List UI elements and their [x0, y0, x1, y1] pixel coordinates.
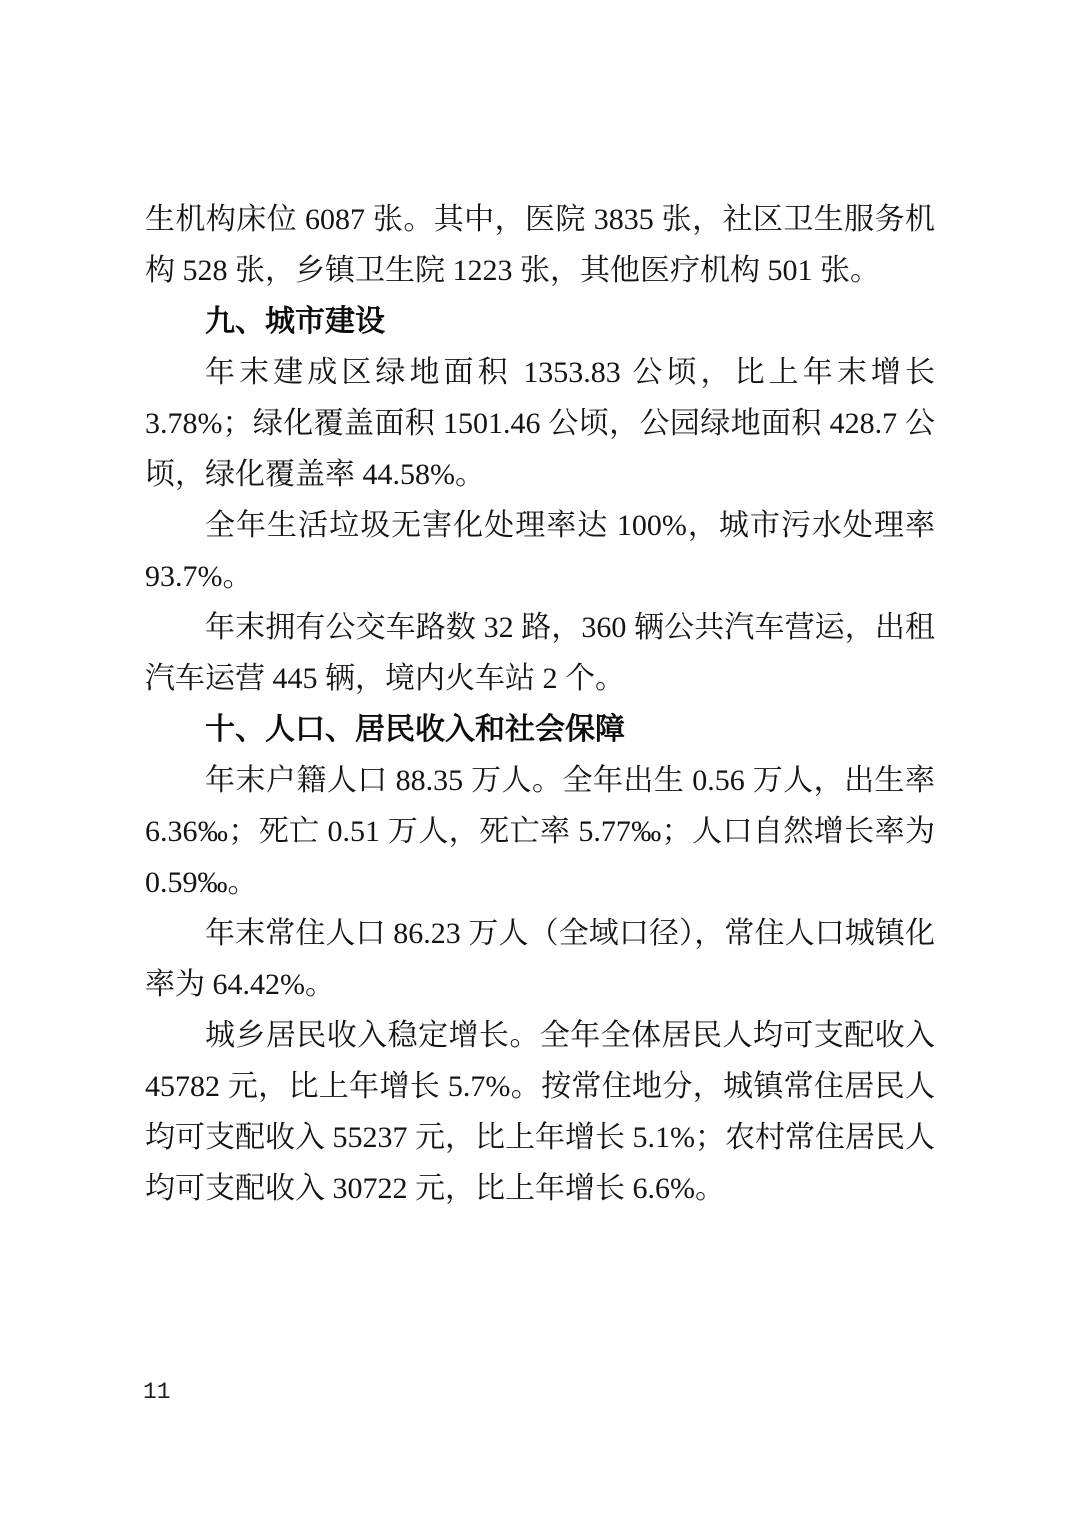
paragraph-waste-and-sewage-treatment: 全年生活垃圾无害化处理率达 100%，城市污水处理率 93.7%。: [145, 500, 935, 602]
paragraph-resident-income: 城乡居民收入稳定增长。全年全体居民人均可支配收入 45782 元，比上年增长 5…: [145, 1010, 935, 1214]
document-page: 生机构床位 6087 张。其中，医院 3835 张，社区卫生服务机构 528 张…: [0, 0, 1074, 1520]
paragraph-public-transport: 年末拥有公交车路数 32 路，360 辆公共汽车营运，出租汽车运营 445 辆，…: [145, 602, 935, 704]
paragraph-registered-population: 年末户籍人口 88.35 万人。全年出生 0.56 万人，出生率 6.36‰；死…: [145, 755, 935, 908]
paragraph-resident-population-urbanization: 年末常住人口 86.23 万人（全域口径），常住人口城镇化率为 64.42%。: [145, 908, 935, 1010]
paragraph-green-space-area: 年末建成区绿地面积 1353.83 公顷，比上年末增长 3.78%；绿化覆盖面积…: [145, 347, 935, 500]
page-content: 生机构床位 6087 张。其中，医院 3835 张，社区卫生服务机构 528 张…: [145, 194, 935, 1214]
page-number: 11: [143, 1378, 171, 1406]
section-heading-nine-city-construction: 九、城市建设: [145, 296, 935, 347]
section-heading-ten-population-income-social-security: 十、人口、居民收入和社会保障: [145, 704, 935, 755]
paragraph-health-institution-beds: 生机构床位 6087 张。其中，医院 3835 张，社区卫生服务机构 528 张…: [145, 194, 935, 296]
